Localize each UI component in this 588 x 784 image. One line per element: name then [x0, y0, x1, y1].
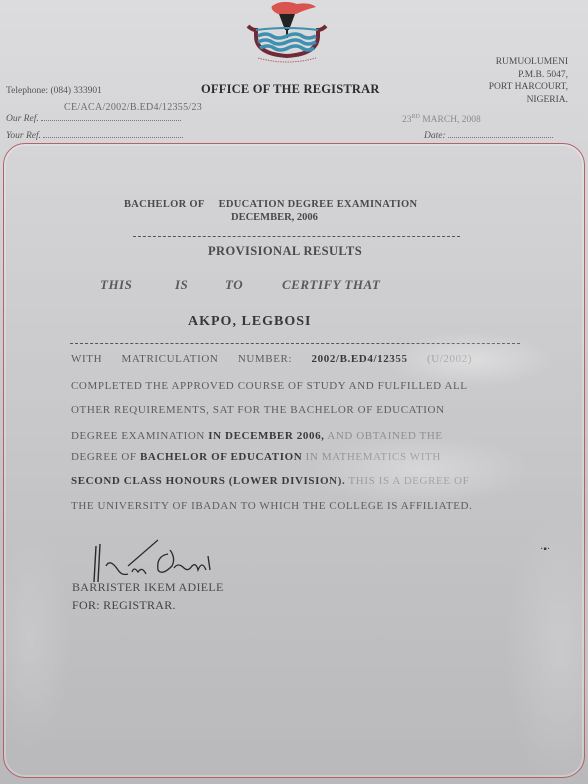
exam-title: BACHELOR OFEDUCATION DEGREE EXAMINATION	[124, 199, 417, 210]
date-row: Date:	[424, 128, 553, 141]
address-line: P.M.B. 5047,	[489, 69, 568, 82]
body-line: THE UNIVERSITY OF IBADAN TO WHICH THE CO…	[71, 500, 472, 512]
your-ref-row: Your Ref.	[6, 128, 183, 141]
body-line-matriculation: WITH MATRICULATION NUMBER: 2002/B.ED4/12…	[71, 353, 472, 365]
body-line: DEGREE OF BACHELOR OF EDUCATION IN MATHE…	[71, 451, 441, 463]
address-line: NIGERIA.	[489, 94, 568, 107]
certify-word: CERTIFY THAT	[282, 277, 380, 293]
text: THIS IS A DEGREE OF	[348, 475, 469, 487]
text: DEGREE EXAMINATION	[71, 430, 205, 442]
degree-name: BACHELOR OF EDUCATION	[140, 451, 302, 463]
exam-month: IN DECEMBER 2006,	[208, 430, 324, 442]
degree-class: SECOND CLASS HONOURS (LOWER DIVISION).	[71, 475, 345, 487]
provisional-results-document: Telephone: (084) 333901 OFFICE OF THE RE…	[0, 0, 588, 784]
address-line: PORT HARCOURT,	[489, 81, 568, 94]
our-ref-dotted-line	[41, 111, 181, 121]
body-line: COMPLETED THE APPROVED COURSE OF STUDY A…	[71, 380, 468, 392]
exam-title-part1: BACHELOR OF	[124, 199, 205, 210]
our-ref-row: Our Ref.	[6, 111, 181, 124]
provisional-results-heading: PROVISIONAL RESULTS	[208, 244, 362, 259]
exam-date: DECEMBER, 2006	[231, 212, 318, 223]
student-name: AKPO, LEGBOSI	[188, 314, 311, 330]
divider	[133, 236, 460, 237]
certify-word: IS	[175, 277, 188, 293]
body-line: OTHER REQUIREMENTS, SAT FOR THE BACHELOR…	[71, 404, 445, 416]
signer-name: BARRISTER IKEM ADIELE	[72, 580, 224, 595]
degree-subject: IN MATHEMATICS WITH	[306, 451, 441, 463]
date-day: 23	[402, 115, 412, 125]
date-month-year: MARCH, 2008	[420, 115, 481, 125]
telephone-number: Telephone: (084) 333901	[6, 86, 102, 96]
office-title: OFFICE OF THE REGISTRAR	[201, 82, 380, 97]
certify-word: THIS	[100, 277, 132, 293]
certify-word: TO	[225, 277, 243, 293]
divider	[70, 343, 520, 344]
matriculation-number: 2002/B.ED4/12355	[312, 353, 408, 365]
letter-date: 23RD MARCH, 2008	[402, 114, 481, 125]
body-line: SECOND CLASS HONOURS (LOWER DIVISION). T…	[71, 475, 469, 487]
university-crest-icon	[242, 0, 332, 64]
address-line: RUMUOLUMENI	[489, 56, 568, 69]
your-ref-dotted-line	[43, 128, 183, 138]
matriculation-suffix: (U/2002)	[427, 353, 472, 365]
exam-title-part2: EDUCATION DEGREE EXAMINATION	[219, 199, 418, 210]
date-dotted-line	[448, 128, 553, 138]
registrar-address: RUMUOLUMENI P.M.B. 5047, PORT HARCOURT, …	[489, 56, 568, 106]
your-ref-label: Your Ref.	[6, 131, 41, 141]
text: DEGREE OF	[71, 451, 137, 463]
date-label: Date:	[424, 131, 446, 141]
text: AND OBTAINED THE	[327, 430, 442, 442]
date-suffix: RD	[412, 114, 420, 120]
matriculation-label: WITH MATRICULATION NUMBER:	[71, 353, 292, 365]
body-line: DEGREE EXAMINATION IN DECEMBER 2006, AND…	[71, 430, 443, 442]
ink-speck: ·▪·	[540, 544, 550, 555]
our-ref-label: Our Ref.	[6, 114, 39, 124]
signer-role: FOR: REGISTRAR.	[72, 598, 176, 613]
